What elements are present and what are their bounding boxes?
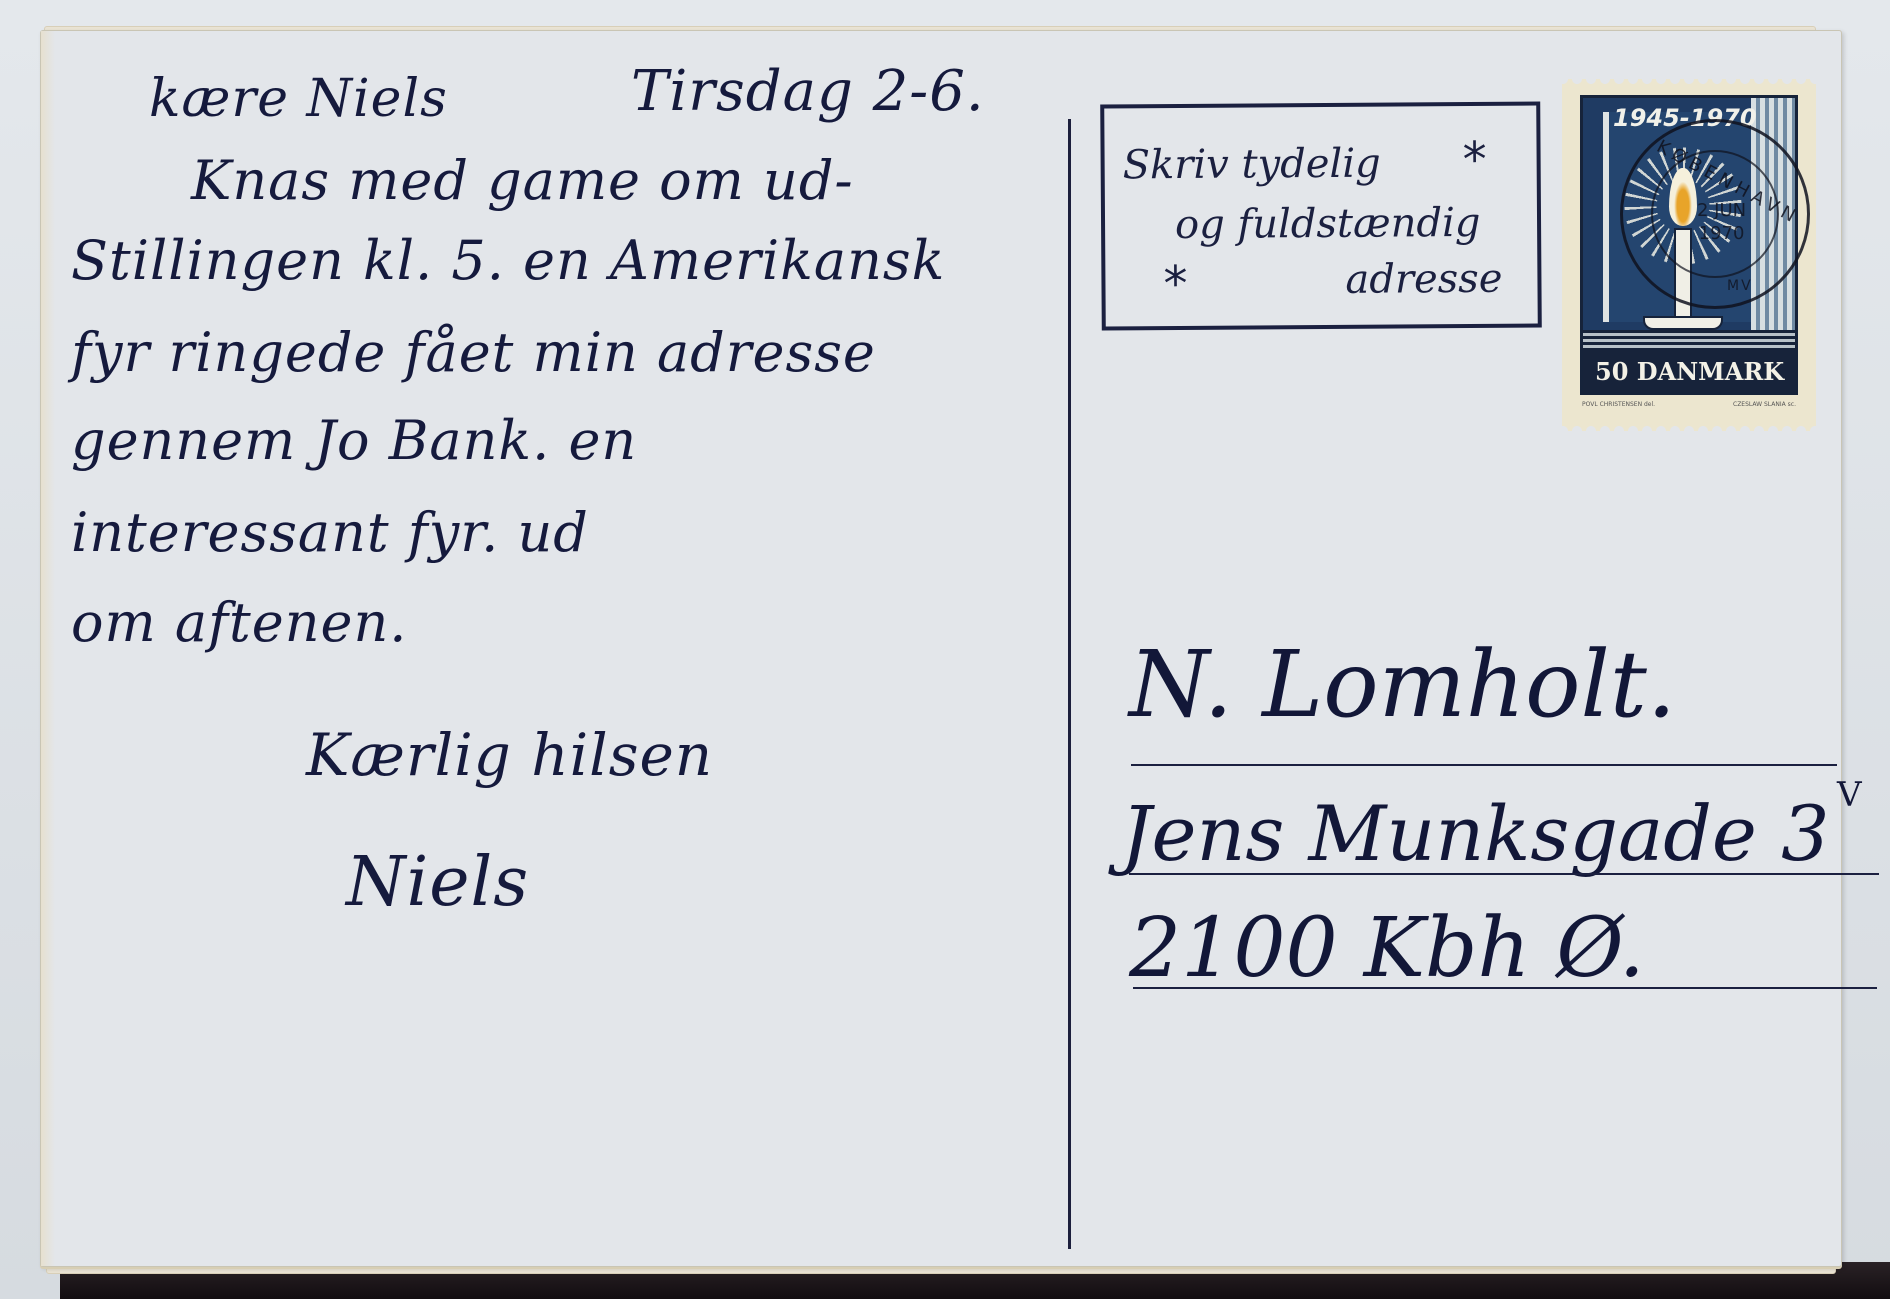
asterisk-icon: *	[1163, 260, 1187, 308]
message-line: Stillingen kl. 5. en Amerikansk	[71, 229, 945, 292]
address-rule	[1133, 987, 1877, 989]
recipient-city: 2100 Kbh Ø.	[1129, 901, 1645, 996]
message-line: gennem Jo Bank. en	[71, 409, 637, 472]
asterisk-icon: *	[1462, 136, 1486, 184]
postmark-date: 2 JUN 1970	[1697, 200, 1746, 245]
postmark-cancel: KØBENHAVN 2 JUN 1970 MV	[1620, 119, 1810, 309]
date: Tirsdag 2-6.	[631, 59, 985, 124]
message-line: fyr ringede fået min adresse	[71, 321, 876, 384]
address-rule	[1129, 873, 1879, 875]
instruction-line: og fuldstændig	[1175, 200, 1481, 248]
recipient-street: Jens Munksgade 3	[1121, 789, 1829, 878]
stamp-value: 50 DANMARK	[1595, 357, 1784, 386]
address-rule	[1131, 764, 1837, 766]
message-line: Knas med game om ud-	[191, 149, 854, 212]
center-divider	[1068, 119, 1071, 1249]
background-surface: kære Niels Tirsdag 2-6. Knas med game om…	[0, 0, 1890, 1299]
recipient-floor: V	[1837, 775, 1862, 815]
message-line: interessant fyr. ud	[71, 501, 589, 564]
instruction-line: Skriv tydelig	[1122, 141, 1380, 189]
greeting: kære Niels	[149, 69, 448, 129]
candle-holder-icon	[1643, 316, 1723, 330]
card-edge	[41, 31, 55, 1266]
stamp-engraver-credit: CZESLAW SLANIA sc.	[1733, 401, 1796, 408]
postcard: kære Niels Tirsdag 2-6. Knas med game om…	[40, 30, 1842, 1267]
closing: Kærlig hilsen	[306, 721, 713, 789]
postage-stamp: 1945-1970 50 DANMARK POVL CHRISTENSEN de…	[1562, 79, 1816, 431]
message-line: om aftenen.	[71, 591, 407, 654]
signature: Niels	[346, 843, 529, 922]
instruction-line: adresse	[1345, 256, 1502, 303]
address-instruction-box: Skriv tydelig og fuldstændig adresse * *	[1100, 101, 1542, 330]
stamp-value-bar: 50 DANMARK	[1583, 350, 1795, 392]
stamp-designer-credit: POVL CHRISTENSEN del.	[1582, 401, 1655, 408]
recipient-name: N. Lomholt.	[1129, 631, 1676, 738]
postmark-office: MV	[1727, 278, 1753, 294]
